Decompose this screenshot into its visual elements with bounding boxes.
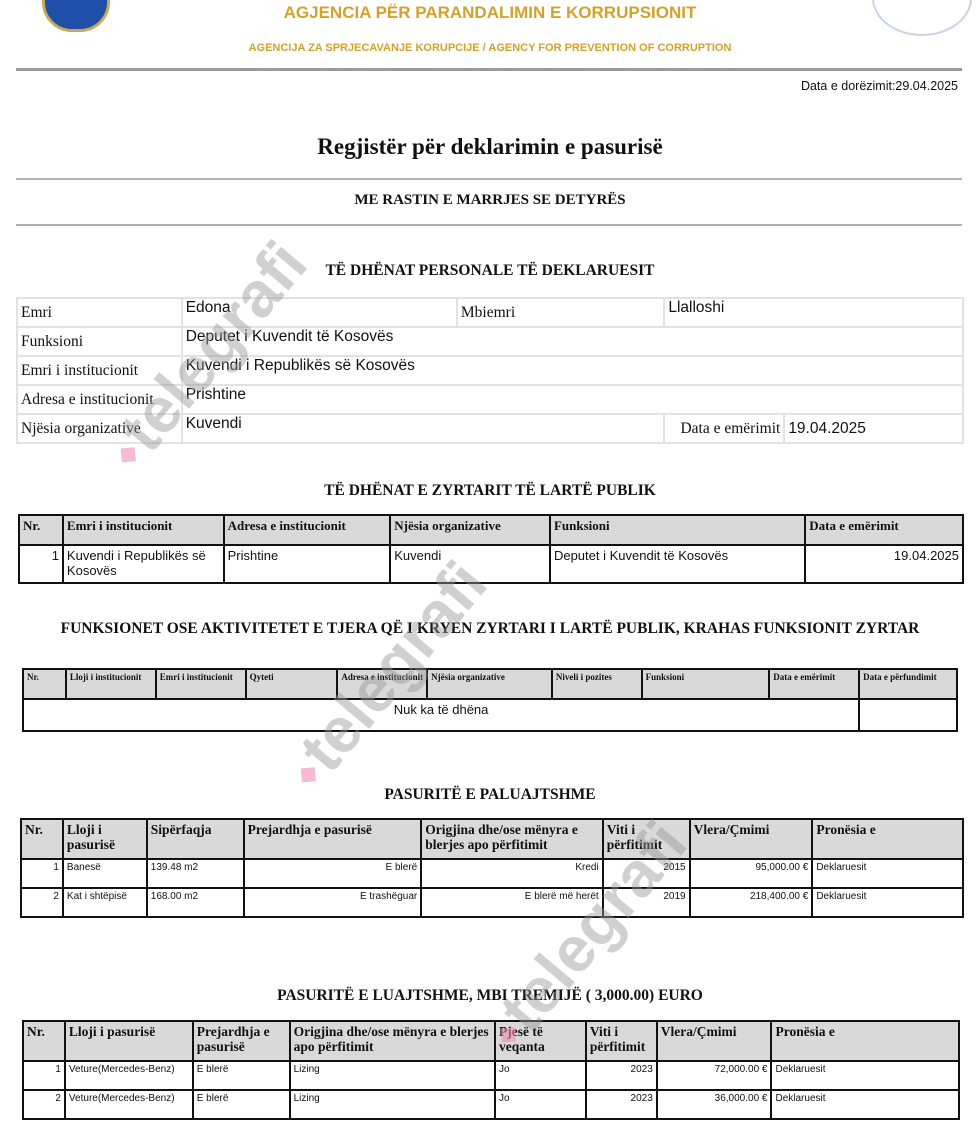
cell-owner: Deklaruesit <box>771 1061 959 1090</box>
header-divider <box>16 68 962 71</box>
movable-assets-table: Nr. Lloji i pasurisë Prejardhja e pasuri… <box>22 1020 960 1120</box>
column-header: Emri i institucionit <box>63 515 224 545</box>
column-header: Data e emërimit <box>769 669 859 699</box>
table-row: 1 Veture(Mercedes-Benz) E blerë Lizing J… <box>23 1061 959 1090</box>
cell-origin: E blerë <box>193 1090 290 1119</box>
last-name-label: Mbiemri <box>457 298 664 327</box>
table-row: Emri i institucionit Kuvendi i Republikë… <box>17 356 963 385</box>
function-value: Deputet i Kuvendit të Kosovës <box>182 327 963 356</box>
movable-section-title: PASURITË E LUAJTSHME, MBI TREMIJË ( 3,00… <box>0 987 980 1005</box>
column-header: Vlera/Çmimi <box>657 1021 772 1061</box>
empty-message: Nuk ka të dhëna <box>23 699 859 731</box>
cell-nr: 2 <box>21 888 63 917</box>
column-header: Nr. <box>19 515 63 545</box>
cell-year: 2023 <box>586 1090 657 1119</box>
table-header-row: Nr. Lloji i pasurisë Prejardhja e pasuri… <box>23 1021 959 1061</box>
unit-value: Kuvendi <box>182 414 665 443</box>
watermark-diamond-icon <box>121 447 136 462</box>
table-row: 2 Kat i shtëpisë 168.00 m2 E trashëguar … <box>21 888 963 917</box>
cell-acquisition: Lizing <box>290 1061 495 1090</box>
column-header: Lloji i pasurisë <box>65 1021 193 1061</box>
cell-value: 36,000.00 € <box>657 1090 772 1119</box>
cell-year: 2015 <box>603 859 690 888</box>
cell-type: Kat i shtëpisë <box>63 888 147 917</box>
function-label: Funksioni <box>17 327 182 356</box>
column-header: Prejardhja e pasurisë <box>193 1021 290 1061</box>
cell-type: Veture(Mercedes-Benz) <box>65 1090 193 1119</box>
column-header: Emri i institucionit <box>156 669 246 699</box>
column-header: Nr. <box>21 819 63 859</box>
institution-label: Emri i institucionit <box>17 356 182 385</box>
table-row: 1 Kuvendi i Republikës së Kosovës Prisht… <box>19 545 963 583</box>
cell-nr: 2 <box>23 1090 65 1119</box>
official-table: Nr. Emri i institucionit Adresa e instit… <box>18 514 964 584</box>
column-header: Origjina dhe/ose mënyra e blerjes apo pë… <box>421 819 603 859</box>
table-header-row: Nr. Emri i institucionit Adresa e instit… <box>19 515 963 545</box>
other-functions-table: Nr. Lloji i institucionit Emri i institu… <box>22 668 958 732</box>
cell-origin: E trashëguar <box>244 888 422 917</box>
agency-name: AGJENCIA PËR PARANDALIMIN E KORRUPSIONIT <box>0 3 980 23</box>
cell-year: 2019 <box>603 888 690 917</box>
table-header-row: Nr. Lloji i institucionit Emri i institu… <box>23 669 957 699</box>
table-row: 2 Veture(Mercedes-Benz) E blerë Lizing J… <box>23 1090 959 1119</box>
cell-nr: 1 <box>23 1061 65 1090</box>
watermark-diamond-icon <box>301 767 316 782</box>
address-value: Prishtine <box>182 385 963 414</box>
cell-parts: Jo <box>495 1090 586 1119</box>
cell-owner: Deklaruesit <box>812 888 963 917</box>
column-header: Funksioni <box>642 669 770 699</box>
cell-acquisition: Lizing <box>290 1090 495 1119</box>
cell-institution: Kuvendi i Republikës së Kosovës <box>63 545 224 583</box>
personal-section-title: TË DHËNAT PERSONALE TË DEKLARUESIT <box>0 262 980 280</box>
cell-area: 168.00 m2 <box>147 888 244 917</box>
cell-value: 218,400.00 € <box>690 888 813 917</box>
divider <box>16 178 962 180</box>
institution-value: Kuvendi i Republikës së Kosovës <box>182 356 963 385</box>
column-header: Prejardhja e pasurisë <box>244 819 422 859</box>
table-row: Emri Edona Mbiemri Llalloshi <box>17 298 963 327</box>
column-header: Njësia organizative <box>390 515 550 545</box>
document-title: Regjistër për deklarimin e pasurisë <box>0 134 980 160</box>
column-header: Pronësia e <box>771 1021 959 1061</box>
column-header: Njësia organizative <box>427 669 552 699</box>
cell-area: 139.48 m2 <box>147 859 244 888</box>
empty-cell <box>859 699 957 731</box>
table-row: Njësia organizative Kuvendi Data e emëri… <box>17 414 963 443</box>
column-header: Origjina dhe/ose mënyra e blerjes apo pë… <box>290 1021 495 1061</box>
column-header: Viti i përfitimit <box>586 1021 657 1061</box>
column-header: Adresa e institucionit <box>224 515 391 545</box>
cell-year: 2023 <box>586 1061 657 1090</box>
column-header: Data e përfundimit <box>859 669 957 699</box>
cell-unit: Kuvendi <box>390 545 550 583</box>
address-label: Adresa e institucionit <box>17 385 182 414</box>
cell-owner: Deklaruesit <box>812 859 963 888</box>
official-section-title: TË DHËNAT E ZYRTARIT TË LARTË PUBLIK <box>0 482 980 500</box>
table-header-row: Nr. Lloji i pasurisë Sipërfaqja Prejardh… <box>21 819 963 859</box>
cell-nr: 1 <box>21 859 63 888</box>
cell-nr: 1 <box>19 545 63 583</box>
cell-address: Prishtine <box>224 545 391 583</box>
cell-origin: E blerë <box>193 1061 290 1090</box>
column-header: Nr. <box>23 669 66 699</box>
immovable-section-title: PASURITË E PALUAJTSHME <box>0 786 980 804</box>
unit-label: Njësia organizative <box>17 414 182 443</box>
column-header: Qyteti <box>246 669 338 699</box>
cell-value: 72,000.00 € <box>657 1061 772 1090</box>
agency-name-subtitle: AGENCIJA ZA SPRJECAVANJE KORUPCIJE / AGE… <box>0 42 980 54</box>
seal-text: RAT ETHICUM · NAE CORRU <box>880 0 970 2</box>
cell-parts: Jo <box>495 1061 586 1090</box>
appointment-date-value: 19.04.2025 <box>784 414 963 443</box>
appointment-date-label: Data e emërimit <box>664 414 784 443</box>
column-header: Data e emërimit <box>805 515 963 545</box>
cell-appointment-date: 19.04.2025 <box>805 545 963 583</box>
other-functions-section-title: FUNKSIONET OSE AKTIVITETET E TJERA QË I … <box>0 619 980 639</box>
table-row: Adresa e institucionit Prishtine <box>17 385 963 414</box>
column-header: Nr. <box>23 1021 65 1061</box>
cell-owner: Deklaruesit <box>771 1090 959 1119</box>
document-subtitle: ME RASTIN E MARRJES SE DETYRËS <box>0 192 980 209</box>
divider <box>16 224 962 226</box>
table-row: Funksioni Deputet i Kuvendit të Kosovës <box>17 327 963 356</box>
cell-origin: E blerë <box>244 859 422 888</box>
column-header: Niveli i pozites <box>552 669 642 699</box>
table-row: Nuk ka të dhëna <box>23 699 957 731</box>
column-header: Adresa e institucionit <box>337 669 427 699</box>
last-name-value: Llalloshi <box>664 298 963 327</box>
cell-type: Banesë <box>63 859 147 888</box>
cell-value: 95,000.00 € <box>690 859 813 888</box>
column-header: Lloji i institucionit <box>66 669 156 699</box>
first-name-value: Edona <box>182 298 457 327</box>
column-header: Vlera/Çmimi <box>690 819 813 859</box>
column-header: Lloji i pasurisë <box>63 819 147 859</box>
column-header: Funksioni <box>550 515 805 545</box>
submission-date: Data e dorëzimit:29.04.2025 <box>801 79 958 93</box>
cell-function: Deputet i Kuvendit të Kosovës <box>550 545 805 583</box>
column-header: Pjesë të veqanta <box>495 1021 586 1061</box>
column-header: Sipërfaqja <box>147 819 244 859</box>
table-row: 1 Banesë 139.48 m2 E blerë Kredi 2015 95… <box>21 859 963 888</box>
cell-acquisition: Kredi <box>421 859 603 888</box>
immovable-assets-table: Nr. Lloji i pasurisë Sipërfaqja Prejardh… <box>20 818 964 918</box>
first-name-label: Emri <box>17 298 182 327</box>
cell-acquisition: E blerë më herët <box>421 888 603 917</box>
cell-type: Veture(Mercedes-Benz) <box>65 1061 193 1090</box>
column-header: Pronësia e <box>812 819 963 859</box>
personal-data-table: Emri Edona Mbiemri Llalloshi Funksioni D… <box>16 297 964 444</box>
column-header: Viti i përfitimit <box>603 819 690 859</box>
